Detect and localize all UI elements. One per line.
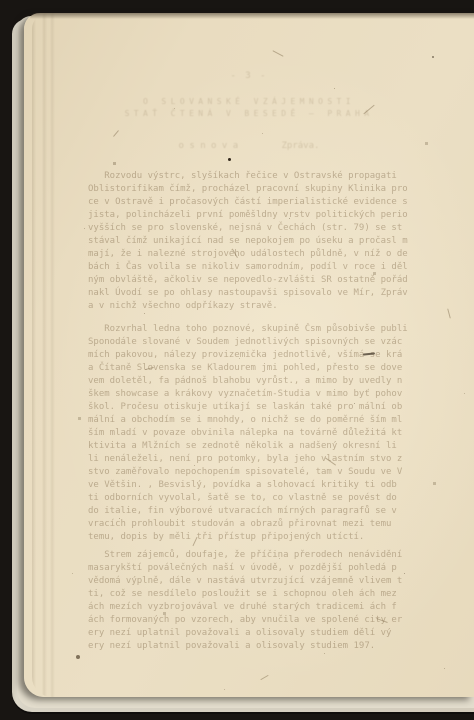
ink-speck bbox=[228, 158, 231, 161]
paper-fiber bbox=[113, 130, 119, 137]
faded-section-heading: o s n o v a Zpráva. bbox=[24, 141, 474, 151]
paper-fiber bbox=[260, 675, 268, 680]
book-scan-photo: - 3 - o slovanské vzájemnosti stať čtená… bbox=[0, 0, 474, 720]
paper-dust-speckle bbox=[24, 13, 25, 14]
faded-paragraph-3: Strem zájemců, doufaje, že příčina přero… bbox=[88, 549, 428, 653]
paper-fiber bbox=[447, 309, 451, 319]
faint-page-number: - 3 - bbox=[24, 71, 474, 81]
faded-paragraph-2: Rozvrhal ledna toho poznové, skupině Čsm… bbox=[88, 323, 428, 544]
faded-title-line-2: stať čtená v besedě — praha bbox=[24, 109, 474, 118]
ink-speck bbox=[76, 655, 80, 659]
faded-title-line-1: o slovanské vzájemnosti bbox=[24, 97, 474, 106]
paper-fiber bbox=[272, 50, 283, 57]
ink-speck bbox=[432, 56, 434, 58]
scanned-page: - 3 - o slovanské vzájemnosti stať čtená… bbox=[24, 13, 474, 697]
faded-paragraph-1: Rozvodu výstrc, slyšíkach řečice v Ostra… bbox=[88, 170, 428, 313]
